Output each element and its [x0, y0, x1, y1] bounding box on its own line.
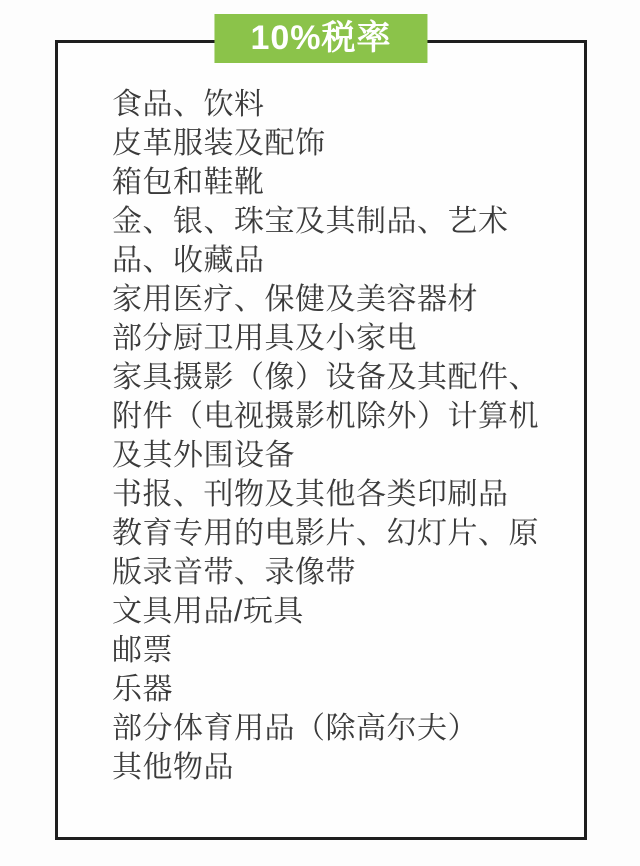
tax-item: 皮革服装及配饰 [112, 124, 568, 163]
tax-item-list: 食品、饮料皮革服装及配饰箱包和鞋靴金、银、珠宝及其制品、艺术 品、收藏品家用医疗… [58, 43, 584, 787]
tax-rate-panel: 10%税率 食品、饮料皮革服装及配饰箱包和鞋靴金、银、珠宝及其制品、艺术 品、收… [55, 40, 587, 840]
tax-item: 家具摄影（像）设备及其配件、 附件（电视摄影机除外）计算机 及其外围设备 [112, 358, 568, 475]
tax-item: 箱包和鞋靴 [112, 163, 568, 202]
tax-item: 教育专用的电影片、幻灯片、原 版录音带、录像带 [112, 514, 568, 592]
tax-item: 书报、刊物及其他各类印刷品 [112, 475, 568, 514]
tax-item: 文具用品/玩具 [112, 592, 568, 631]
tax-item: 金、银、珠宝及其制品、艺术 品、收藏品 [112, 202, 568, 280]
tax-item: 邮票 [112, 631, 568, 670]
tax-item: 部分厨卫用具及小家电 [112, 319, 568, 358]
tax-item: 乐器 [112, 670, 568, 709]
tax-item: 部分体育用品（除高尔夫） [112, 709, 568, 748]
tax-item: 食品、饮料 [112, 85, 568, 124]
tax-item: 其他物品 [112, 748, 568, 787]
tax-item: 家用医疗、保健及美容器材 [112, 280, 568, 319]
tax-rate-badge: 10%税率 [214, 14, 427, 63]
